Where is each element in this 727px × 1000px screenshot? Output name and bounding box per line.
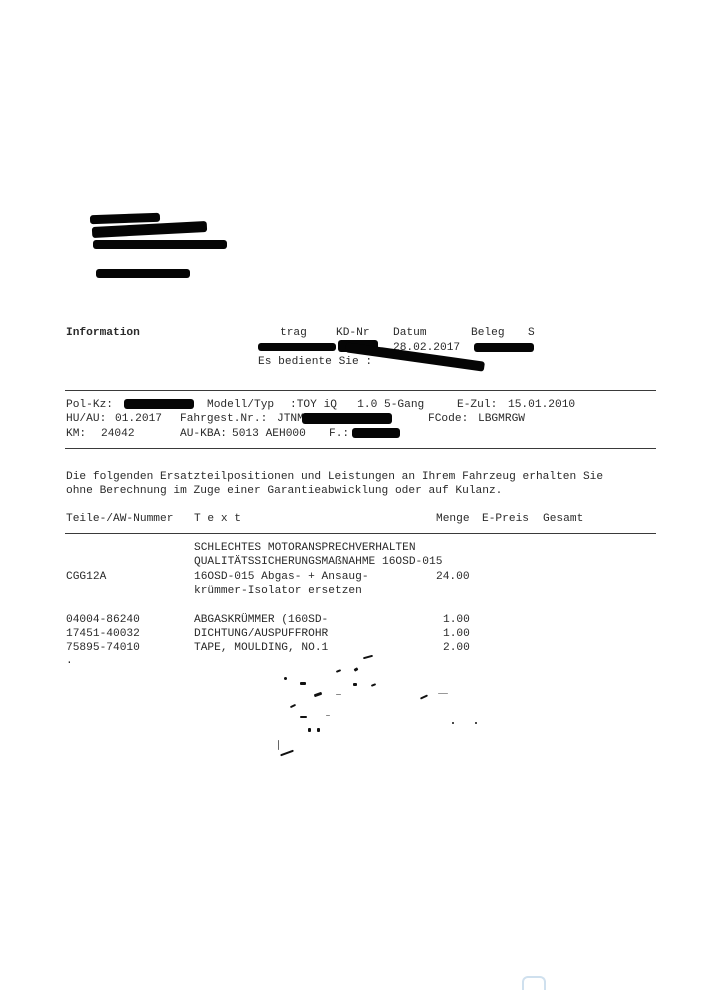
row-menge: 24.00 [436, 571, 470, 584]
column-header-number: Teile-/AW-Nummer [66, 513, 173, 526]
au-kba-label: AU-KBA: [180, 428, 227, 441]
fahrgest-label: Fahrgest.Nr.: [180, 413, 267, 426]
row-menge: 1.00 [443, 628, 470, 641]
pol-kz-label: Pol-Kz: [66, 399, 113, 412]
header-auftrag: trag [280, 327, 307, 340]
redacted-beleg-value [474, 343, 534, 352]
header-s: S [528, 327, 535, 340]
ezul-value: 15.01.2010 [508, 399, 575, 412]
km-value: 24042 [101, 428, 135, 441]
header-kd-nr: KD-Nr [336, 327, 370, 340]
row-menge: 2.00 [443, 642, 470, 655]
trailing-mark: . [66, 655, 73, 668]
row-number: CGG12A [66, 571, 106, 584]
redacted-f-value [352, 428, 400, 438]
hu-au-value: 01.2017 [115, 413, 162, 426]
redacted-address-line-4 [96, 269, 190, 278]
row-number: 04004-86240 [66, 614, 140, 627]
ezul-label: E-Zul: [457, 399, 497, 412]
f-label: F.: [329, 428, 349, 441]
redacted-fahrgest [302, 413, 392, 424]
intro-text-line-2: ohne Berechnung im Zuge einer Garantieab… [66, 485, 502, 498]
header-block-line-1: SCHLECHTES MOTORANSPRECHVERHALTEN [194, 542, 416, 555]
fahrgest-value: JTNM [277, 413, 304, 426]
modell-value: :TOY iQ 1.0 5-Gang [290, 399, 424, 412]
header-block-line-2: QUALITÄTSSICHERUNGSMAßNAHME 16OSD-015 [194, 556, 442, 569]
row-text: ABGASKRÜMMER (160SD- [194, 614, 328, 627]
row-text: DICHTUNG/AUSPUFFROHR [194, 628, 328, 641]
column-header-e-preis: E-Preis [482, 513, 529, 526]
fcode-label: FCode: [428, 413, 468, 426]
header-datum: Datum [393, 327, 427, 340]
column-header-menge: Menge [436, 513, 470, 526]
row-text-line-2: krümmer-Isolator ersetzen [194, 585, 362, 598]
scan-mark-icon [522, 976, 546, 990]
km-label: KM: [66, 428, 86, 441]
hu-au-label: HU/AU: [66, 413, 106, 426]
modell-label: Modell/Typ [207, 399, 274, 412]
divider-top [65, 390, 656, 391]
divider-middle [65, 448, 656, 449]
redacted-address-line-3 [93, 240, 227, 249]
redacted-address-line-1 [90, 213, 160, 224]
row-menge: 1.00 [443, 614, 470, 627]
column-header-text: T e x t [194, 513, 241, 526]
intro-text-line-1: Die folgenden Ersatzteilpositionen und L… [66, 471, 603, 484]
redacted-auftrag-value [258, 343, 336, 351]
column-header-gesamt: Gesamt [543, 513, 583, 526]
served-by-label: Es bediente Sie : [258, 356, 372, 369]
au-kba-value: 5013 AEH000 [232, 428, 306, 441]
fcode-value: LBGMRGW [478, 413, 525, 426]
info-title: Information [66, 327, 140, 340]
row-number: 17451-40032 [66, 628, 140, 641]
header-beleg: Beleg [471, 327, 505, 340]
divider-table-header [65, 533, 656, 534]
redacted-pol-kz [124, 399, 194, 409]
row-number: 75895-74010 [66, 642, 140, 655]
row-text: TAPE, MOULDING, NO.1 [194, 642, 328, 655]
row-text-line-1: 16OSD-015 Abgas- + Ansaug- [194, 571, 369, 584]
